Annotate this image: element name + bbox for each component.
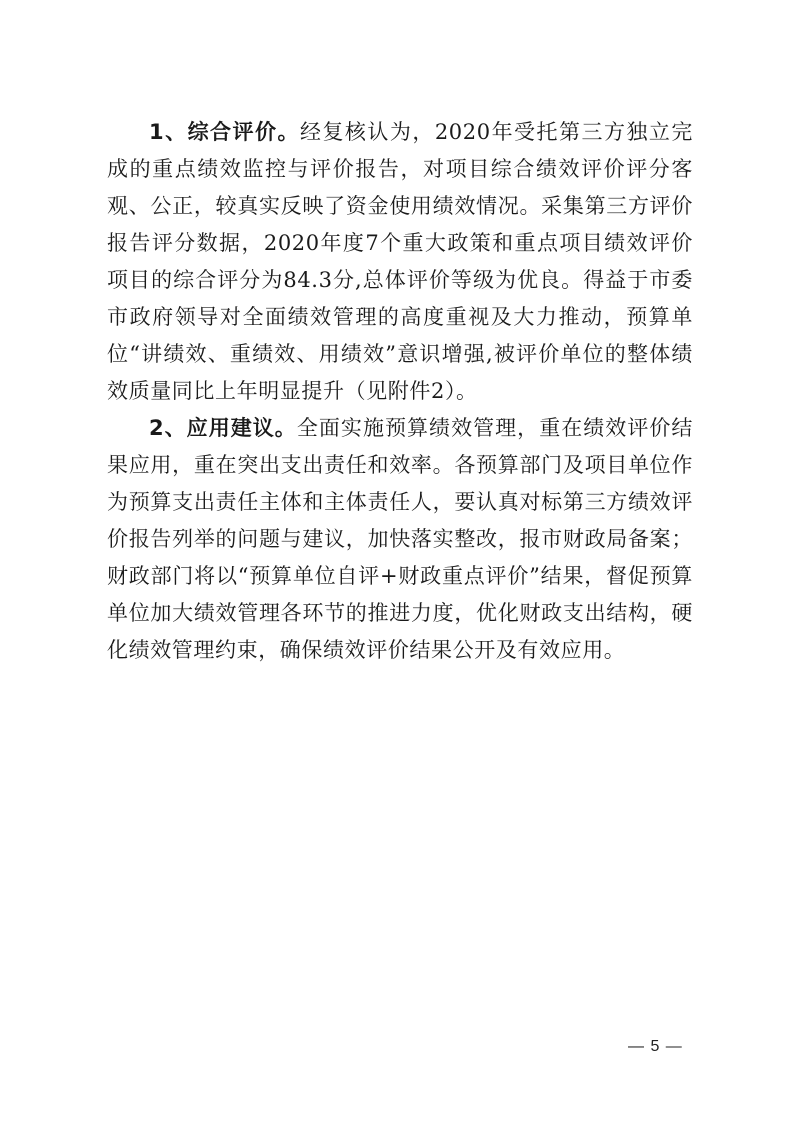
- page-number: — 5 —: [628, 1038, 683, 1056]
- paragraph-text: 经复核认为，2020年受托第三方独立完成的重点绩效监控与评价报告，对项目综合绩效…: [107, 120, 693, 403]
- paragraph-heading: 1、综合评价。: [149, 120, 300, 144]
- paragraph-application-suggestion: 2、应用建议。全面实施预算绩效管理，重在绩效评价结果应用，重在突出支出责任和效率…: [107, 410, 693, 669]
- paragraph-comprehensive-evaluation: 1、综合评价。经复核认为，2020年受托第三方独立完成的重点绩效监控与评价报告，…: [107, 114, 693, 410]
- paragraph-heading: 2、应用建议。: [149, 416, 297, 440]
- paragraph-text: 全面实施预算绩效管理，重在绩效评价结果应用，重在突出支出责任和效率。各预算部门及…: [107, 416, 693, 662]
- document-body: 1、综合评价。经复核认为，2020年受托第三方独立完成的重点绩效监控与评价报告，…: [107, 114, 693, 669]
